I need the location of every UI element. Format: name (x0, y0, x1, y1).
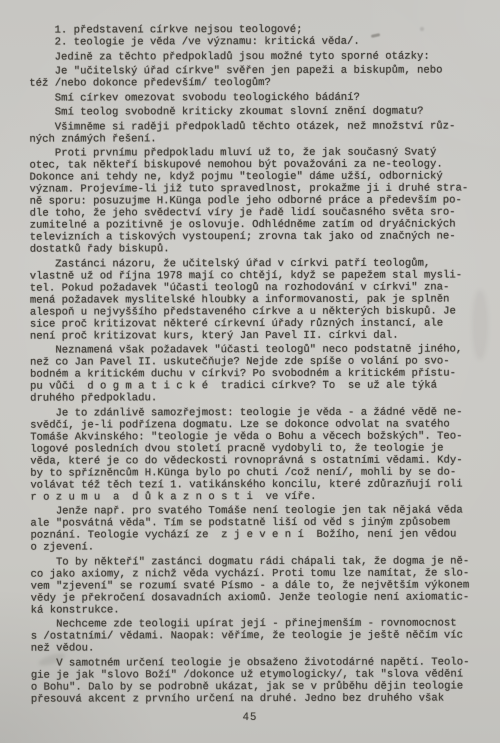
paragraph-neznamena: Neznamená však požadavek "účasti teologů… (30, 343, 488, 404)
paragraph-to-by-nekteri: To by někteří" zastánci dogmatu rádi chá… (30, 555, 488, 616)
numbered-list: 1. představení církve nejsou teologové; … (29, 23, 487, 48)
page-number: 45 (0, 712, 500, 724)
paragraph-intro: Jedině za těchto předpokladů jsou možné … (29, 50, 487, 63)
paragraph-question-1: Je "učitelský úřad církve" svěřen jen pa… (29, 64, 487, 89)
paragraph-vsimneme: Všimněme si raději předpokladů těchto ot… (29, 120, 487, 145)
paragraph-question-3: Smí teolog svobodně kriticky zkoumat slo… (29, 105, 487, 118)
paragraph-proti-prvnimu: Proti prvnímu předpokladu mluví už to, ž… (29, 146, 487, 255)
paragraph-v-samotnem: V samotném určení teologie je obsaženo ž… (31, 656, 489, 705)
paragraph-question-2: Smí církev omezovat svobodu teologického… (29, 91, 487, 104)
scanned-document-page: 1. představení církve nejsou teologové; … (0, 0, 500, 743)
document-text-block: 1. představení církve nejsou teologové; … (29, 23, 489, 707)
paragraph-jenze-napr: Jenže např. pro svatého Tomáše není teol… (30, 504, 488, 553)
paragraph-nechceme: Nechceme zde teologii upírat její - přin… (31, 617, 489, 654)
paragraph-je-to-zdanlive: Je to zdánlivě samozřejmost: teologie je… (30, 406, 488, 503)
paragraph-zastanci: Zastánci názoru, že učitelský úřad v cír… (30, 257, 488, 342)
